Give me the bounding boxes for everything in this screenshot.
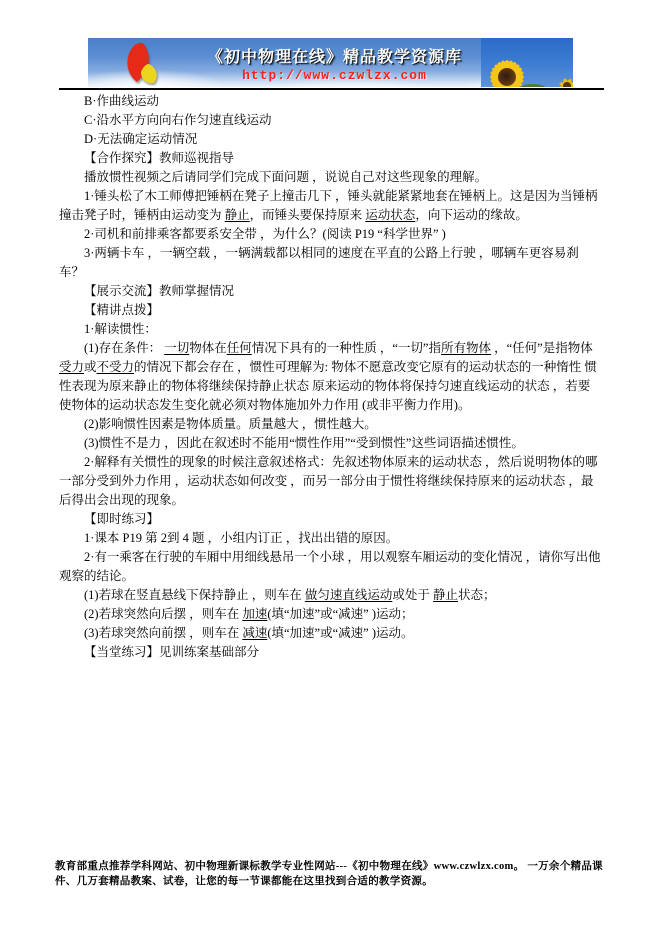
underlined-text: 做匀速直线运动 (305, 588, 393, 602)
underlined-text: 一切 (164, 341, 189, 355)
body-paragraph: 1·锤头松了木工师傅把锤柄在凳子上撞击几下 ，锤头就能紧紧地套在锤柄上。这是因为… (59, 187, 602, 225)
underlined-text: 静止 (433, 588, 458, 602)
body-paragraph: 播放惯性视频之后请同学们完成下面问题 ，说说自己对这些现象的理解。 (59, 168, 602, 187)
text-run: 状态； (458, 588, 496, 602)
text-run: 情况下具有的一种性质 ，“一切”指 (252, 341, 441, 355)
banner-text-area: 《初中物理在线》精品教学资源库 http://www.czwlzx.com (188, 38, 481, 87)
underlined-text: 所有物体 (441, 341, 491, 355)
underlined-text: 任何 (227, 341, 252, 355)
footer-text: 教育部重点推荐学科网站、初中物理新课标教学专业性网站---《初中物理在线》www… (55, 859, 613, 889)
body-paragraph: 2·司机和前排乘客都要系安全带 ，为什么？(阅读 P19 “科学世界” ) (59, 225, 602, 244)
text-run: 【展示交流】教师掌握情况 (84, 284, 234, 298)
document-page: 《初中物理在线》精品教学资源库 http://www.czwlzx.com (0, 0, 661, 936)
text-run: 【即时练习】 (84, 512, 159, 526)
text-run: 1·课本 P19 第 2到 4 题 ，小组内订正 ，找出出错的原因。 (84, 531, 398, 545)
text-run: ，“任何”是指物体 (491, 341, 593, 355)
sunflower-icon (481, 39, 573, 87)
sunflower-photo (481, 38, 573, 87)
body-paragraph: D·无法确定运动情况 (59, 130, 602, 149)
body-paragraph: 【展示交流】教师掌握情况 (59, 282, 602, 301)
text-run: 的情况下都会存在 ，惯性可理解为: 物体不愿意改变它原有的运动状态的一种惰性 惯… (59, 360, 597, 412)
body-paragraph: (3)若球突然向前摆 ，则车在 减速(填“加速”或“减速” )运动。 (59, 624, 602, 643)
text-run: 【合作探究】教师巡视指导 (84, 151, 234, 165)
body-paragraph: 【合作探究】教师巡视指导 (59, 149, 602, 168)
text-run: 【精讲点拨】 (84, 303, 159, 317)
text-run: (1)若球在竖直悬线下保持静止 ，则车在 (84, 588, 305, 602)
text-run: ，而锤头要保持原来 (250, 208, 366, 222)
body-paragraph: 【精讲点拨】 (59, 301, 602, 320)
text-run: 播放惯性视频之后请同学们完成下面问题 ，说说自己对这些现象的理解。 (84, 170, 487, 184)
body-paragraph: 3·两辆卡车 ，一辆空载 ，一辆满载都以相同的速度在平直的公路上行驶 ，哪辆车更… (59, 244, 602, 282)
text-run: 3·两辆卡车 ，一辆空载 ，一辆满载都以相同的速度在平直的公路上行驶 ，哪辆车更… (59, 246, 579, 279)
body-paragraph: (2)影响惯性因素是物体质量。质量越大 ，惯性越大。 (59, 415, 602, 434)
text-run: D·无法确定运动情况 (84, 132, 197, 146)
body-paragraph: 2·有一乘客在行驶的车厢中用细线悬吊一个小球 ，用以观察车厢运动的变化情况 ，请… (59, 548, 602, 586)
document-body: B·作曲线运动C·沿水平方向向右作匀速直线运动D·无法确定运动情况【合作探究】教… (59, 92, 602, 662)
body-paragraph: B·作曲线运动 (59, 92, 602, 111)
document-footer: 教育部重点推荐学科网站、初中物理新课标教学专业性网站---《初中物理在线》www… (55, 859, 613, 889)
text-run: 物体在 (189, 341, 227, 355)
text-run: (填“加速”或“减速” )运动； (267, 607, 413, 621)
body-paragraph: 1·解读惯性： (59, 320, 602, 339)
body-paragraph: (1)若球在竖直悬线下保持静止 ，则车在 做匀速直线运动或处于 静止状态； (59, 586, 602, 605)
text-run: 1·解读惯性： (84, 322, 157, 336)
body-paragraph: 【当堂练习】见训练案基础部分 (59, 643, 602, 662)
text-run: (1)存在条件： (84, 341, 164, 355)
banner-logo-area (88, 38, 188, 87)
text-run: B·作曲线运动 (84, 94, 159, 108)
text-run: 2·司机和前排乘客都要系安全带 ，为什么？(阅读 P19 “科学世界” ) (84, 227, 446, 241)
body-paragraph: 2·解释有关惯性的现象的时候注意叙述格式：先叙述物体原来的运动状态 ，然后说明物… (59, 453, 602, 510)
text-run: 2·有一乘客在行驶的车厢中用细线悬吊一个小球 ，用以观察车厢运动的变化情况 ，请… (59, 550, 601, 583)
underlined-text: 不受力 (97, 360, 135, 374)
body-paragraph: (1)存在条件： 一切物体在任何情况下具有的一种性质 ，“一切”指所有物体 ，“… (59, 339, 602, 415)
body-paragraph: 【即时练习】 (59, 510, 602, 529)
body-paragraph: 1·课本 P19 第 2到 4 题 ，小组内订正 ，找出出错的原因。 (59, 529, 602, 548)
text-run: 或处于 (392, 588, 433, 602)
body-paragraph: (2)若球突然向后摆 ，则车在 加速(填“加速”或“减速” )运动； (59, 605, 602, 624)
text-run: (2)影响惯性因素是物体质量。质量越大 ，惯性越大。 (84, 417, 377, 431)
text-run: C·沿水平方向向右作匀速直线运动 (84, 113, 272, 127)
text-run: (3)惯性不是力 ，因此在叙述时不能用“惯性作用”“受到惯性”这些词语描述惯性。 (84, 436, 524, 450)
underlined-text: 减速 (242, 626, 267, 640)
underlined-text: 受力 (59, 360, 84, 374)
header-banner[interactable]: 《初中物理在线》精品教学资源库 http://www.czwlzx.com (88, 38, 573, 87)
banner-title: 《初中物理在线》精品教学资源库 (207, 44, 462, 67)
text-run: (填“加速”或“减速” )运动。 (267, 626, 413, 640)
text-run: 2·解释有关惯性的现象的时候注意叙述格式：先叙述物体原来的运动状态 ，然后说明物… (59, 455, 598, 507)
text-run: (2)若球突然向后摆 ，则车在 (84, 607, 242, 621)
text-run: ，向下运动的缘故。 (415, 208, 528, 222)
underlined-text: 运动状态 (365, 208, 415, 222)
body-paragraph: (3)惯性不是力 ，因此在叙述时不能用“惯性作用”“受到惯性”这些词语描述惯性。 (59, 434, 602, 453)
flame-logo-icon (116, 42, 168, 86)
banner-url-link[interactable]: http://www.czwlzx.com (242, 68, 427, 83)
body-paragraph: C·沿水平方向向右作匀速直线运动 (59, 111, 602, 130)
text-run: 【当堂练习】见训练案基础部分 (84, 645, 259, 659)
underlined-text: 加速 (242, 607, 267, 621)
text-run: (3)若球突然向前摆 ，则车在 (84, 626, 242, 640)
text-run: 或 (84, 360, 97, 374)
header-divider-line (59, 88, 604, 90)
underlined-text: 静止 (225, 208, 250, 222)
